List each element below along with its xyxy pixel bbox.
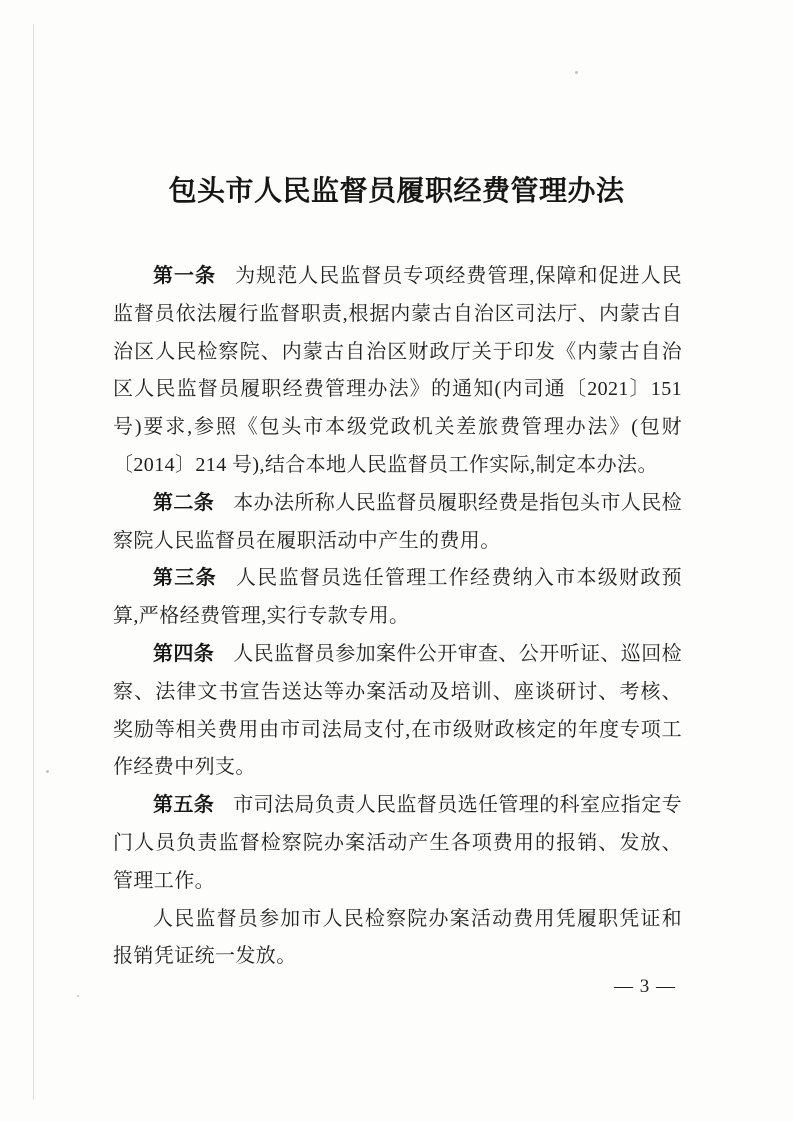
article-text-6: 人民监督员参加市人民检察院办案活动费用凭履职凭证和报销凭证统一发放。	[113, 908, 682, 968]
document-body: 第一条为规范人民监督员专项经费管理,保障和促进人民监督员依法履行监督职责,根据内…	[113, 258, 682, 976]
article-paragraph-5: 第五条市司法局负责人民监督员选任管理的科室应指定专门人员负责监督检察院办案活动产…	[113, 787, 682, 900]
page-number: — 3 —	[608, 976, 682, 998]
article-number-5: 第五条	[153, 794, 214, 816]
article-number-4: 第四条	[153, 643, 214, 665]
scan-artifact	[575, 71, 578, 74]
document-title: 包头市人民监督员履职经费管理办法	[0, 169, 793, 209]
article-paragraph-1: 第一条为规范人民监督员专项经费管理,保障和促进人民监督员依法履行监督职责,根据内…	[113, 258, 682, 485]
scan-artifact	[77, 995, 79, 997]
article-number-3: 第三条	[153, 567, 217, 589]
article-paragraph-2: 第二条本办法所称人民监督员履职经费是指包头市人民检察院人民监督员在履职活动中产生…	[113, 485, 682, 561]
article-number-1: 第一条	[153, 265, 216, 287]
article-number-2: 第二条	[153, 492, 214, 514]
article-paragraph-3: 第三条人民监督员选任管理工作经费纳入市本级财政预算,严格经费管理,实行专款专用。	[113, 560, 682, 636]
article-paragraph-6: 人民监督员参加市人民检察院办案活动费用凭履职凭证和报销凭证统一发放。	[113, 901, 682, 977]
article-paragraph-4: 第四条人民监督员参加案件公开审查、公开听证、巡回检察、法律文书宣告送达等办案活动…	[113, 636, 682, 787]
scanned-document-page: 包头市人民监督员履职经费管理办法 第一条为规范人民监督员专项经费管理,保障和促进…	[0, 0, 793, 1121]
article-text-1: 为规范人民监督员专项经费管理,保障和促进人民监督员依法履行监督职责,根据内蒙古自…	[113, 265, 682, 476]
scan-artifact	[46, 770, 49, 773]
